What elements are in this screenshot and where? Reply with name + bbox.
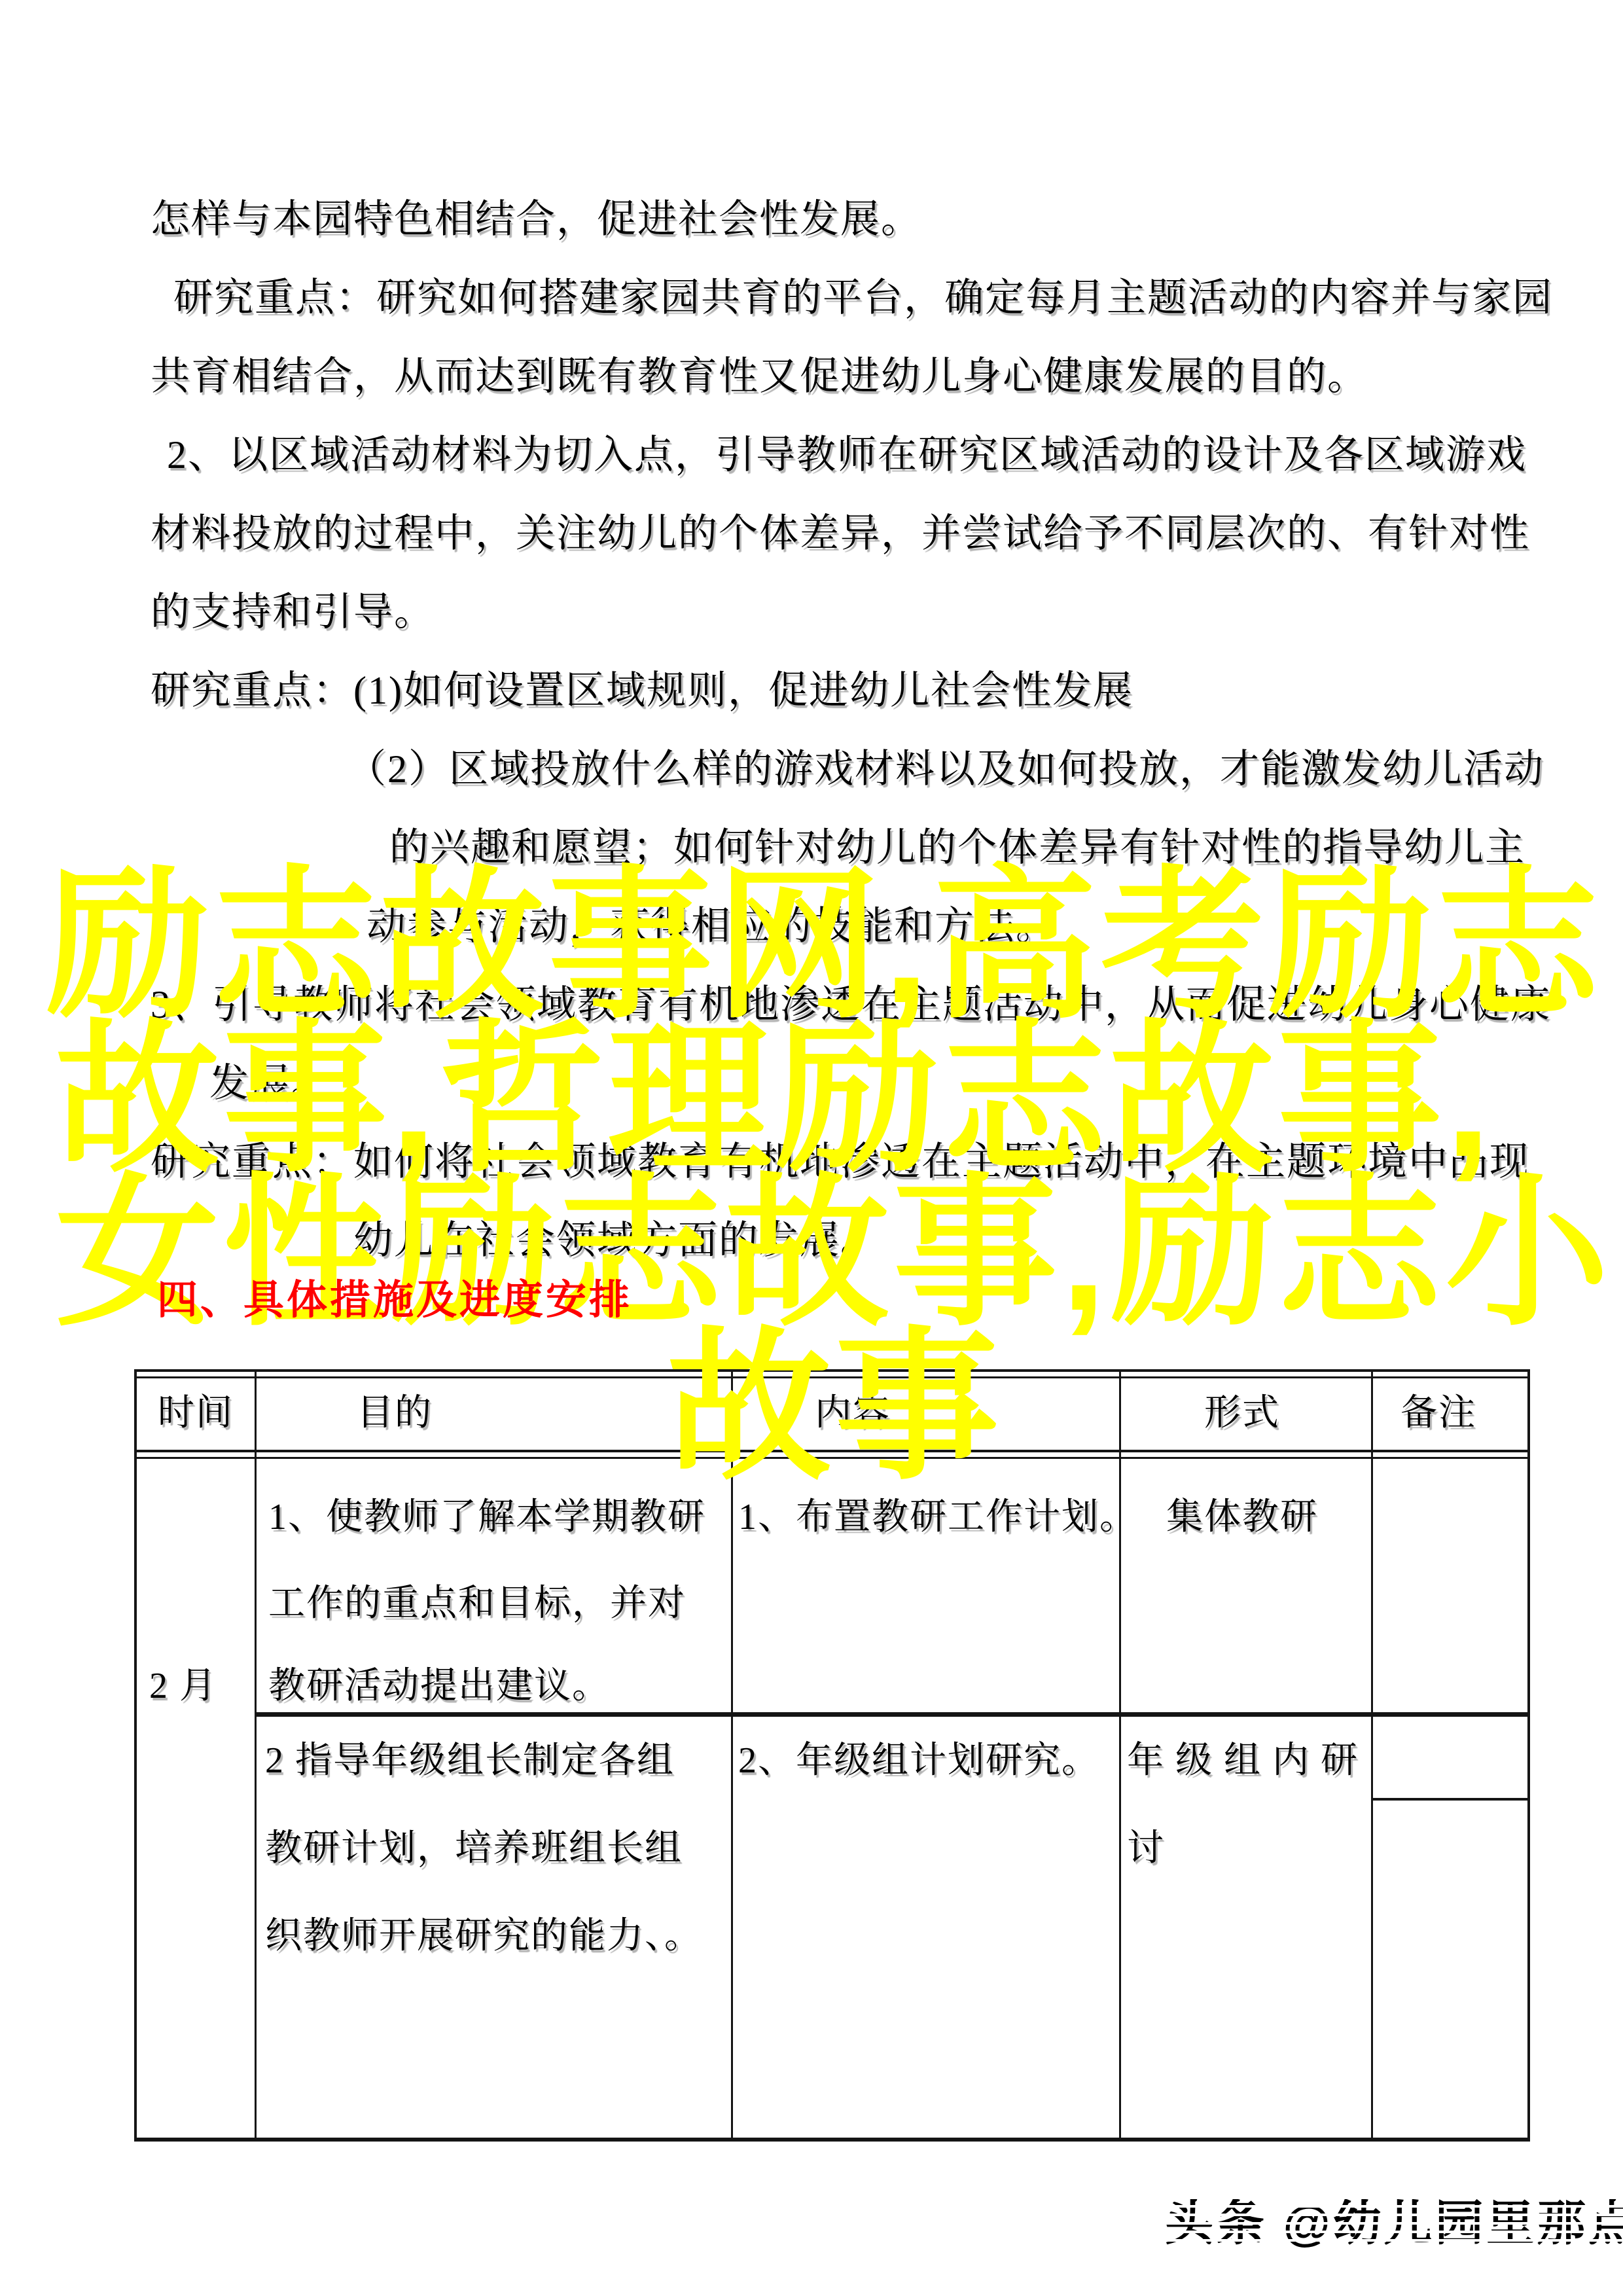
body-text-line: 材料投放的过程中，关注幼儿的个体差异，并尝试给予不同层次的、有针对性 xyxy=(151,514,1530,553)
table-col-divider-time xyxy=(255,1369,257,2142)
table-cell: 2、年级组计划研究。 xyxy=(738,1742,1099,1779)
table-cell: 2 月 xyxy=(149,1668,217,1704)
watermark-text-line: 励志故事网,高考励志 xyxy=(46,864,1603,1028)
table-cell: 讨 xyxy=(1127,1830,1165,1867)
table-cell: 2 指导年级组长制定各组 xyxy=(265,1742,675,1779)
table-border-right xyxy=(1527,1369,1530,2142)
body-text-line: 研究重点：研究如何搭建家园共育的平台，确定每月主题活动的内容并与家园 xyxy=(173,278,1553,317)
table-cell: 工作的重点和目标，并对 xyxy=(268,1585,686,1622)
body-text-line: 共育相结合，从而达到既有教育性又促进幼儿身心健康发展的目的。 xyxy=(151,357,1368,396)
watermark-text-line: 故事,哲理励志故事, xyxy=(56,1018,1495,1181)
toutiao-credit-watermark: 头条 @幼儿园里那点事 xyxy=(1165,2199,1623,2248)
watermark-text-line: 故事 xyxy=(668,1325,1003,1489)
table-cell: 1、使教师了解本学期教研 xyxy=(268,1499,705,1535)
table-cell: 年 级 组 内 研 xyxy=(1127,1742,1359,1779)
document-page: 怎样与本园特色相结合，促进社会性发展。研究重点：研究如何搭建家园共育的平台，确定… xyxy=(0,0,1623,2296)
table-header-cell: 备注 xyxy=(1400,1395,1476,1431)
table-header-cell: 时间 xyxy=(158,1395,234,1431)
table-cell: 织教师开展研究的能力、。 xyxy=(265,1918,702,1954)
table-cell: 1、布置教研工作计划。 xyxy=(738,1499,1137,1535)
body-text-line: 怎样与本园特色相结合，促进社会性发展。 xyxy=(151,200,921,239)
table-remark-subdivider xyxy=(1371,1798,1530,1801)
table-cell: 教研计划，培养班组长组 xyxy=(265,1830,683,1867)
body-text-line: 2、以区域活动材料为切入点，引导教师在研究区域活动的设计及各区域游戏 xyxy=(167,435,1527,475)
section-heading-red: 四、具体措施及进度安排 xyxy=(157,1280,632,1321)
table-header-cell: 形式 xyxy=(1204,1395,1280,1431)
table-cell: 教研活动提出建议。 xyxy=(268,1668,610,1704)
table-header-cell: 目的 xyxy=(357,1395,433,1431)
body-text-line: 的支持和引导。 xyxy=(151,592,435,632)
table-cell: 集体教研 xyxy=(1166,1499,1318,1535)
table-border-bottom xyxy=(134,2138,1530,2142)
body-text-line: 研究重点：(1)如何设置区域规则，促进幼儿社会性发展 xyxy=(151,671,1133,710)
table-col-divider-content xyxy=(1119,1369,1121,2142)
table-row-divider xyxy=(255,1712,1530,1717)
table-col-divider-form xyxy=(1371,1369,1373,2142)
table-border-left xyxy=(134,1369,137,2142)
body-text-line: （2）区域投放什么样的游戏材料以及如何投放，才能激发幼儿活动 xyxy=(347,749,1544,789)
